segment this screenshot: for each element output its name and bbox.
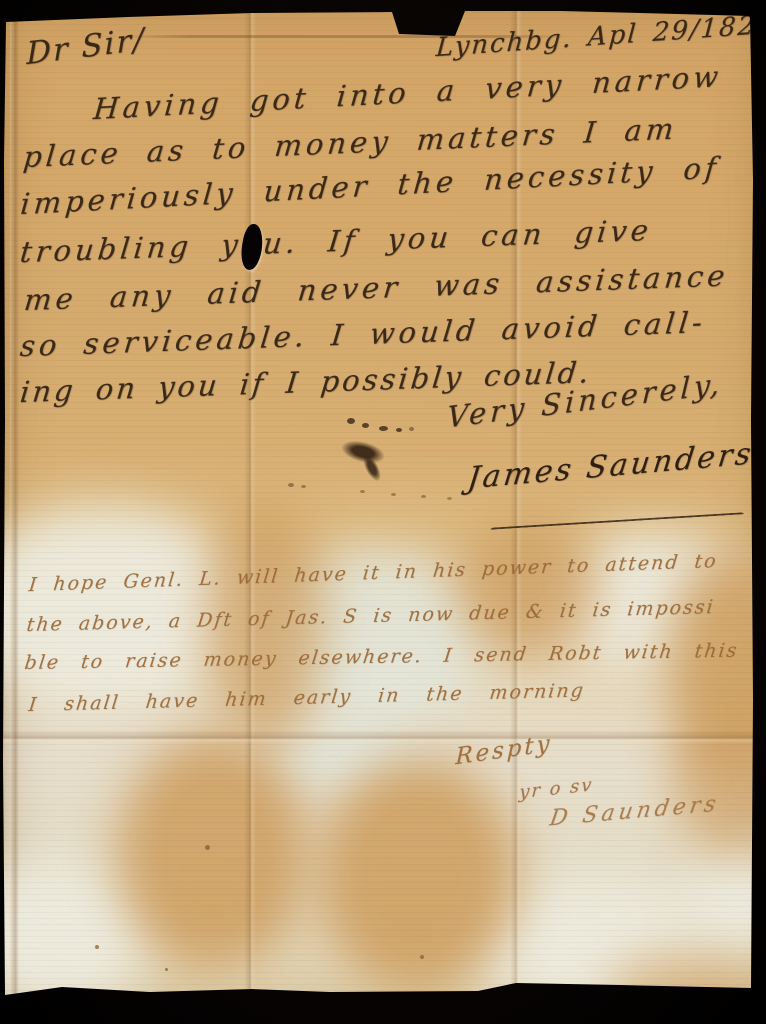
ink-smudge bbox=[339, 437, 387, 467]
paper-speck bbox=[420, 955, 424, 959]
postscript-subclosing: yr o sv bbox=[519, 774, 595, 803]
tan-stain-blob bbox=[608, 952, 766, 1024]
tan-stain-blob bbox=[458, 515, 598, 655]
signature: James Saunders. bbox=[466, 435, 766, 497]
ink-dot bbox=[409, 427, 414, 431]
tan-stain-blob bbox=[118, 735, 308, 970]
ink-dot bbox=[288, 483, 294, 487]
left-edge-crease bbox=[10, 0, 19, 1024]
tan-stain-blob bbox=[672, 698, 766, 858]
signature-flourish-underline bbox=[490, 504, 744, 529]
ink-dot bbox=[391, 493, 396, 496]
ink-dot bbox=[421, 495, 426, 498]
dateline: Lynchbg. Apl 29/1822 bbox=[435, 9, 766, 63]
scanned-letter-background: Dr Sir/ Lynchbg. Apl 29/1822 Having got … bbox=[0, 0, 766, 1024]
postscript-closing: Respty bbox=[455, 730, 553, 770]
body-line: so serviceable. I would avoid call- bbox=[18, 305, 707, 363]
light-stain-patch bbox=[458, 878, 723, 1013]
letter-paper: Dr Sir/ Lynchbg. Apl 29/1822 Having got … bbox=[0, 0, 766, 1024]
ink-dot bbox=[347, 418, 355, 424]
ink-dot bbox=[301, 485, 306, 488]
ink-dot bbox=[360, 490, 365, 493]
body-line: troubling you. If you can give bbox=[18, 213, 653, 269]
ink-dot bbox=[447, 497, 452, 500]
vertical-fold-line bbox=[510, 0, 522, 1024]
paper-speck bbox=[205, 845, 210, 850]
light-stain-patch bbox=[268, 732, 433, 794]
paper-speck bbox=[95, 945, 99, 949]
ink-dot bbox=[362, 423, 369, 428]
light-stain-patch bbox=[0, 505, 245, 710]
ink-smudge bbox=[360, 453, 384, 483]
paper-speck bbox=[165, 968, 168, 971]
ink-dot bbox=[396, 428, 402, 432]
tan-stain-blob bbox=[318, 758, 518, 993]
ink-dot bbox=[379, 426, 388, 431]
light-stain-patch bbox=[688, 838, 766, 963]
postscript-line: the above, a Dft of Jas. S is now due & … bbox=[25, 596, 715, 636]
postscript-line: I hope Genl. L. will have it in his powe… bbox=[28, 550, 719, 596]
horizontal-fold-line bbox=[0, 730, 766, 744]
salutation: Dr Sir/ bbox=[26, 21, 146, 72]
postscript-line: ble to raise money elsewhere. I send Rob… bbox=[23, 640, 739, 675]
light-stain-patch bbox=[0, 860, 155, 1010]
postscript-line: I shall have him early in the morning bbox=[27, 679, 586, 716]
